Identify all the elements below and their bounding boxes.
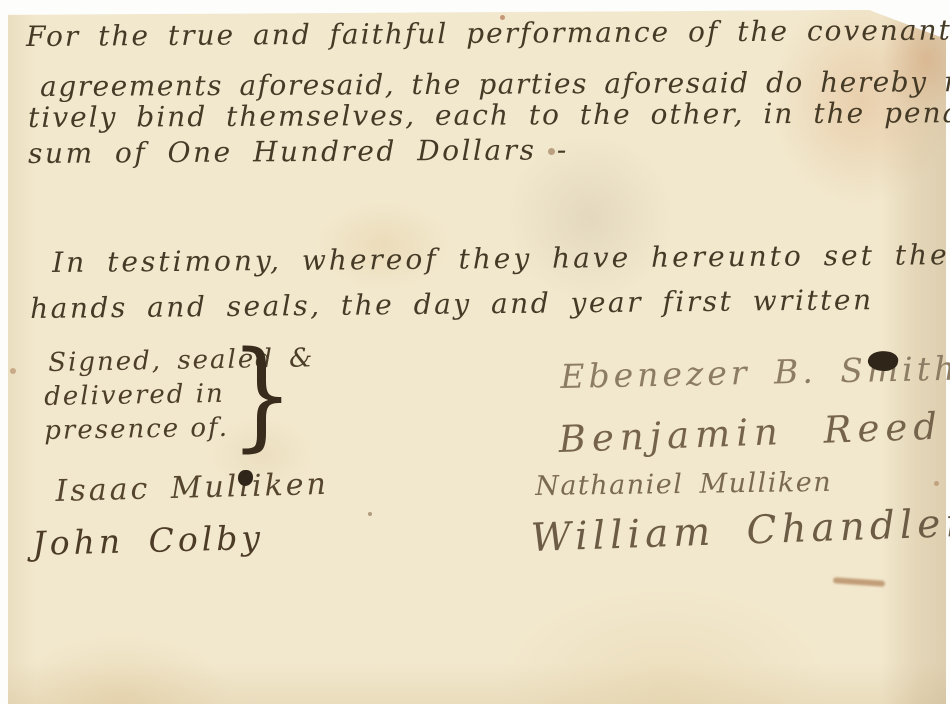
foxing-dot (548, 148, 555, 155)
document-scan: For the true and faithful performance of… (0, 0, 950, 704)
foxing-dot (10, 368, 16, 374)
signature-nathaniel-mulliken: Nathaniel Mulliken (535, 467, 832, 502)
attestation-line-2: delivered in (44, 379, 225, 412)
foxing-dot (500, 15, 505, 20)
attestation-brace: } (230, 330, 294, 458)
foxing-dot (934, 481, 939, 486)
witness-signature-isaac-mulliken: Isaac Mulliken (55, 467, 329, 509)
witness-signature-john-colby: John Colby (32, 518, 264, 563)
attestation-line-3: presence of. (44, 413, 229, 446)
covenant-line-4: sum of One Hundred Dollars - (28, 133, 569, 170)
covenant-line-3: tively bind themselves, each to the othe… (28, 96, 950, 134)
foxing-dot (368, 512, 372, 516)
covenant-line-1: For the true and faithful performance of… (26, 13, 950, 53)
